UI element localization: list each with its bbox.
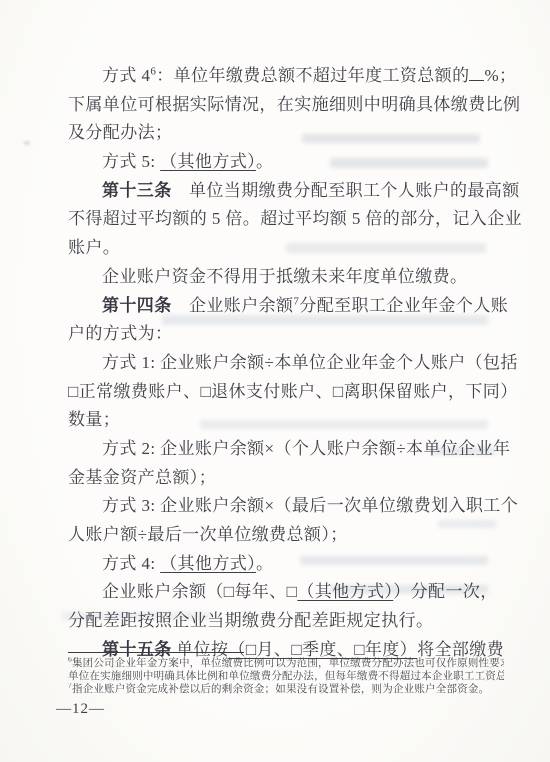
text-segment: 下属单位可根据实际情况，在实施细则中明确具体缴费比例: [68, 95, 520, 114]
footnote-line: 7指企业账户资金完成补偿以后的剩余资金；如果没有设置补偿，则为企业账户全部资金。: [68, 683, 504, 696]
footnote-lines: 6集团公司企业年金方案中，单位缴费比例可以为范围，单位缴费分配办法也可仅作原则性…: [68, 657, 504, 697]
text-segment: 企业账户资金不得用于抵缴未来年度单位缴费。: [102, 267, 467, 286]
text-line: 户的方式为：: [68, 320, 496, 349]
scanned-document-page: 方式 46：单位年缴费总额不超过年度工资总额的%；下属单位可根据实际情况，在实施…: [0, 0, 550, 762]
text-line: 账户。: [68, 234, 496, 263]
page-number: —12—: [56, 701, 105, 718]
text-line: 方式 2: 企业账户余额×（个人账户余额÷本单位企业年: [68, 435, 496, 464]
text-segment: 不得超过平均额的 5 倍。超过平均额 5 倍的部分，记入企业: [68, 209, 522, 228]
text-line: 数量；: [68, 406, 496, 435]
document-body-text: 方式 46：单位年缴费总额不超过年度工资总额的%；下属单位可根据实际情况，在实施…: [68, 62, 496, 664]
text-segment: 分配差距按照企业当期缴费分配差距规定执行。: [68, 611, 433, 630]
footnote-line: 单位在实施细则中明确具体比例和单位缴费分配办法，但每年缴费不得超过本企业职工工资…: [68, 670, 504, 683]
text-line: 人账户额÷最后一次单位缴费总额）；: [68, 521, 496, 550]
text-line: 第十三条 单位当期缴费分配至职工个人账户的最高额: [68, 177, 496, 206]
text-segment: 人账户额÷最后一次单位缴费总额）；: [68, 525, 348, 544]
text-segment: 集团公司企业年金方案中，单位缴费比例可以为范围，单位缴费分配办法也可仅作原则性要…: [72, 658, 504, 669]
footnote-line: 6集团公司企业年金方案中，单位缴费比例可以为范围，单位缴费分配办法也可仅作原则性…: [68, 657, 504, 670]
text-line: 方式 4: （其他方式）。: [68, 550, 496, 579]
footnote-block: 6集团公司企业年金方案中，单位缴费比例可以为范围，单位缴费分配办法也可仅作原则性…: [68, 652, 504, 697]
article-heading: 第十四条: [102, 296, 172, 315]
text-segment: （其他方式）: [160, 152, 256, 171]
text-segment: ）分配一次，: [393, 582, 497, 601]
text-segment: 及分配办法；: [68, 123, 172, 142]
text-segment: 。: [256, 152, 273, 171]
text-line: 分配差距按照企业当期缴费分配差距规定执行。: [68, 607, 496, 636]
text-line: 及分配办法；: [68, 119, 496, 148]
text-line: □正常缴费账户、□退休支付账户、□离职保留账户，下同）: [68, 378, 496, 407]
text-segment: 方式 3: 企业账户余额×（最后一次单位缴费划入职工个: [102, 496, 518, 515]
blank-underline: [469, 63, 484, 81]
text-segment: 方式 4: [102, 66, 150, 85]
text-segment: （其他方式）: [297, 582, 393, 601]
text-segment: 。: [256, 554, 273, 573]
text-segment: 企业账户余额（□每年、□: [102, 582, 297, 601]
text-line: 企业账户资金不得用于抵缴未来年度单位缴费。: [68, 263, 496, 292]
text-line: 不得超过平均额的 5 倍。超过平均额 5 倍的部分，记入企业: [68, 205, 496, 234]
ink-speck: [24, 141, 30, 145]
text-segment: 分配至职工企业年金个人账: [299, 296, 508, 315]
text-segment: 方式 5:: [102, 152, 160, 171]
text-segment: □正常缴费账户、□退休支付账户、□离职保留账户，下同）: [68, 382, 518, 401]
text-segment: %；: [484, 66, 516, 85]
text-segment: 金基金资产总额）；: [68, 468, 216, 487]
text-segment: ：单位年缴费总额不超过年度工资总额的: [156, 66, 469, 85]
text-segment: 指企业账户资金完成补偿以后的剩余资金；如果没有设置补偿，则为企业账户全部资金。: [72, 684, 489, 695]
text-segment: 户的方式为：: [68, 324, 172, 343]
text-segment: 方式 2: 企业账户余额×（个人账户余额÷本单位企业年: [102, 439, 510, 458]
text-line: 方式 3: 企业账户余额×（最后一次单位缴费划入职工个: [68, 492, 496, 521]
footnote-separator-rule: [68, 652, 244, 653]
text-segment: 单位在实施细则中明确具体比例和单位缴费分配办法，但每年缴费不得超过本企业职工工资…: [68, 671, 504, 682]
text-line: 金基金资产总额）；: [68, 464, 496, 493]
text-segment: 企业账户余额: [172, 296, 294, 315]
text-line: 企业账户余额（□每年、□（其他方式））分配一次，: [68, 578, 496, 607]
text-segment: 方式 4:: [102, 554, 160, 573]
article-heading: 第十三条: [102, 181, 172, 200]
text-line: 方式 46：单位年缴费总额不超过年度工资总额的%；: [68, 62, 496, 91]
text-segment: 账户。: [68, 238, 120, 257]
text-line: 方式 5: （其他方式）。: [68, 148, 496, 177]
text-line: 方式 1: 企业账户余额÷本单位企业年金个人账户（包括: [68, 349, 496, 378]
text-segment: 单位当期缴费分配至职工个人账户的最高额: [172, 181, 520, 200]
text-line: 第十四条 企业账户余额7分配至职工企业年金个人账: [68, 292, 496, 321]
text-segment: （其他方式）: [160, 554, 256, 573]
text-segment: 方式 1: 企业账户余额÷本单位企业年金个人账户（包括: [102, 353, 518, 372]
text-segment: 数量；: [68, 410, 120, 429]
text-line: 下属单位可根据实际情况，在实施细则中明确具体缴费比例: [68, 91, 496, 120]
